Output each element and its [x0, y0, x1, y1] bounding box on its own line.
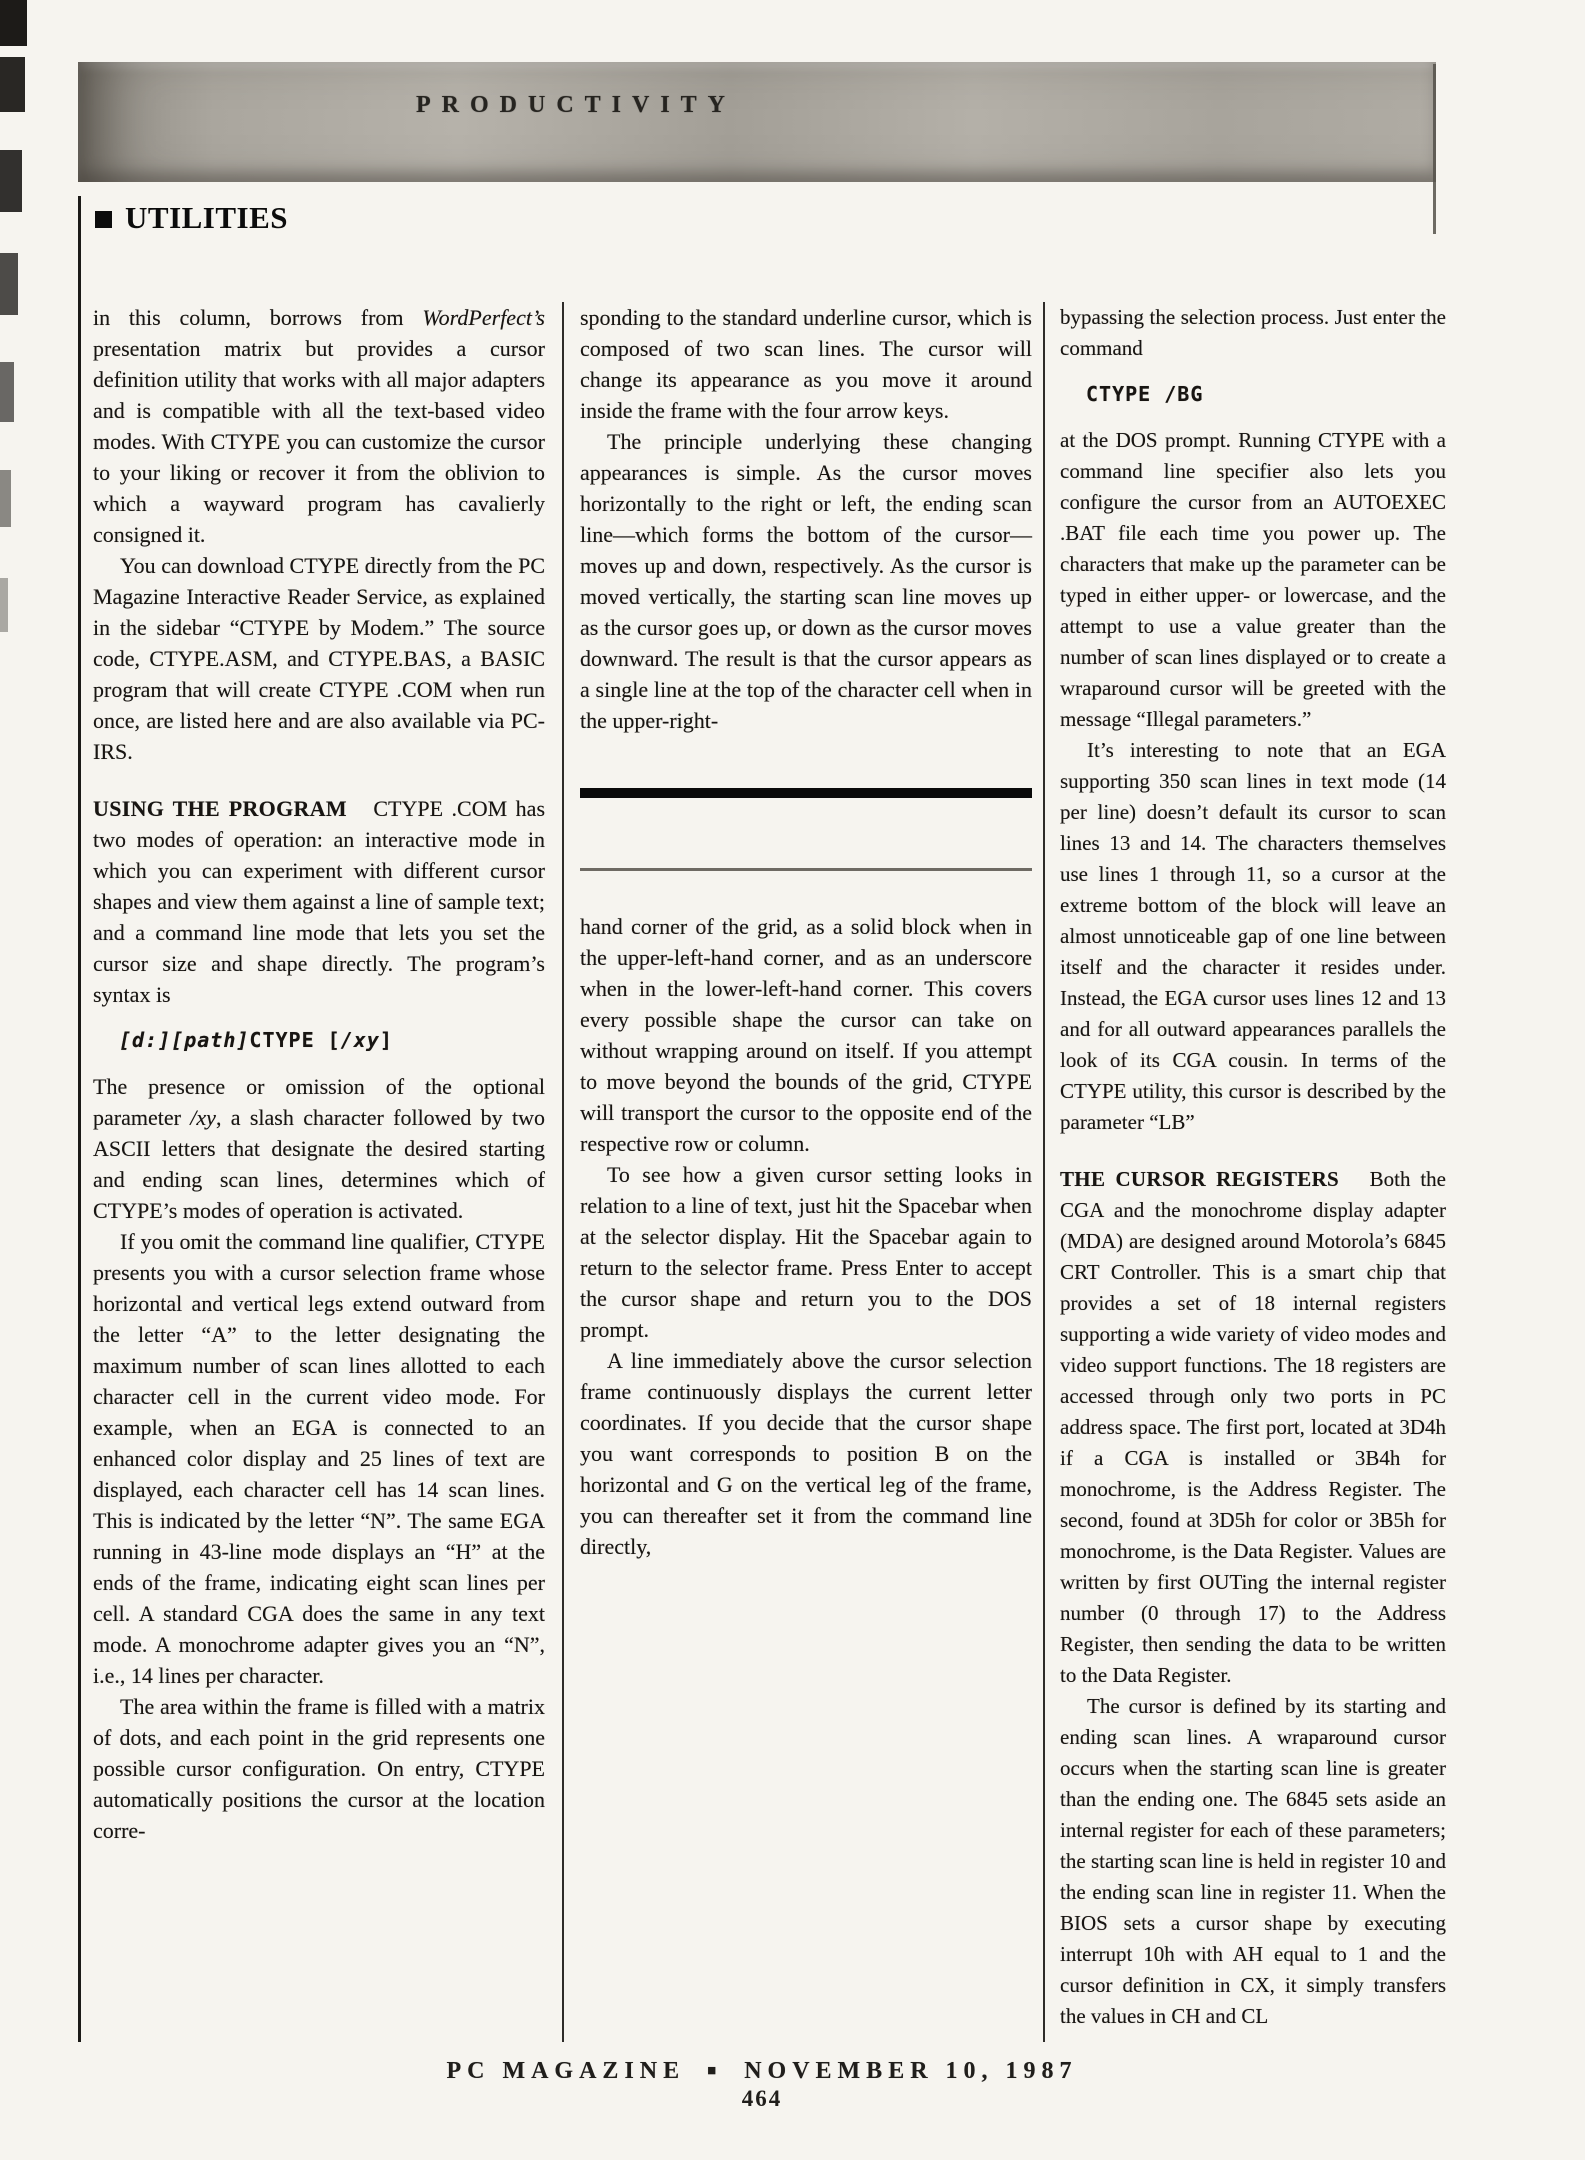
text-run: THE CURSOR REGISTERS [1060, 1167, 1370, 1191]
paragraph: The presence or omission of the optional… [93, 1071, 545, 1226]
text-run: CTYPE /BG [1086, 382, 1203, 406]
text-run: It’s interesting to note that an EGA sup… [1060, 738, 1446, 1134]
footer-date: NOVEMBER 10, 1987 [744, 2058, 1077, 2084]
page-footer: PC MAGAZINE ■ NOVEMBER 10, 1987 464 [78, 2058, 1446, 2112]
text-run: CTYPE .COM has two modes of operation: a… [93, 796, 545, 1007]
text-run: /xy [190, 1105, 216, 1130]
paragraph: If you omit the command line qualifier, … [93, 1226, 545, 1691]
paragraph: It’s interesting to note that an EGA sup… [1060, 735, 1446, 1138]
paragraph: hand corner of the grid, as a solid bloc… [580, 911, 1032, 1159]
code-line: CTYPE /BG [1086, 379, 1446, 410]
article-column-right: bypassing the selection process. Just en… [1060, 302, 1446, 2032]
text-run: in this column, borrows from [93, 305, 422, 330]
page-left-rule [78, 196, 81, 2042]
square-bullet-icon [95, 211, 112, 228]
text-run: CTYPE [ [249, 1028, 340, 1052]
text-run: /xy [341, 1028, 380, 1052]
scan-artifact [0, 470, 11, 527]
section-title: UTILITIES [125, 200, 288, 236]
column-divider-rule [1043, 302, 1045, 2042]
paragraph: To see how a given cursor setting looks … [580, 1159, 1032, 1345]
header-banner: PRODUCTIVITY [78, 62, 1436, 182]
page-number: 464 [78, 2086, 1446, 2112]
paragraph: The area within the frame is filled with… [93, 1691, 545, 1846]
scan-artifact [0, 253, 18, 315]
paragraph: The cursor is defined by its starting an… [1060, 1691, 1446, 2032]
paragraph: The principle underlying these changing … [580, 426, 1032, 736]
article-column-left: in this column, borrows from WordPerfect… [93, 302, 545, 1846]
paragraph: You can download CTYPE directly from the… [93, 550, 545, 767]
square-bullet-icon: ■ [707, 2063, 722, 2079]
text-run: You can download CTYPE directly from the… [93, 553, 545, 764]
text-run: If you omit the command line qualifier, … [93, 1229, 545, 1688]
magazine-page-scan: PRODUCTIVITY UTILITIES in this column, b… [0, 0, 1585, 2160]
scan-artifact [1433, 64, 1436, 234]
text-run: sponding to the standard underline curso… [580, 305, 1032, 423]
text-run: Both the CGA and the monochrome display … [1060, 1167, 1446, 1687]
footer-magazine: PC MAGAZINE [446, 2058, 685, 2084]
column-divider-rule [562, 302, 564, 2042]
running-head: PRODUCTIVITY [416, 92, 736, 119]
text-run: The cursor is defined by its starting an… [1060, 1694, 1446, 2028]
text-run: bypassing the selection process. Just en… [1060, 305, 1446, 360]
paragraph: THE CURSOR REGISTERS Both the CGA and th… [1060, 1164, 1446, 1691]
code-line: [d:][path]CTYPE [/xy] [119, 1025, 545, 1056]
scan-artifact [0, 150, 22, 212]
footer-folio: PC MAGAZINE ■ NOVEMBER 10, 1987 [78, 2058, 1446, 2085]
paragraph: at the DOS prompt. Running CTYPE with a … [1060, 425, 1446, 735]
scan-artifact [0, 0, 27, 46]
paragraph: sponding to the standard underline curso… [580, 302, 1032, 426]
pull-quote [580, 788, 1032, 871]
text-run: USING THE PROGRAM [93, 796, 373, 821]
paragraph: USING THE PROGRAM CTYPE .COM has two mod… [93, 793, 545, 1010]
text-run: ] [380, 1028, 393, 1052]
paragraph: bypassing the selection process. Just en… [1060, 302, 1446, 364]
text-run: presentation matrix but provides a curso… [93, 336, 545, 547]
text-run: WordPerfect’s [422, 305, 545, 330]
paragraph: A line immediately above the cursor sele… [580, 1345, 1032, 1562]
text-run: The area within the frame is filled with… [93, 1694, 545, 1843]
text-run: The principle underlying these changing … [580, 429, 1032, 733]
scan-artifact [0, 362, 14, 422]
text-run: To see how a given cursor setting looks … [580, 1162, 1032, 1342]
text-run: at the DOS prompt. Running CTYPE with a … [1060, 428, 1446, 731]
section-heading: UTILITIES [95, 200, 288, 236]
text-run: hand corner of the grid, as a solid bloc… [580, 914, 1032, 1156]
text-run: A line immediately above the cursor sele… [580, 1348, 1032, 1559]
article-column-middle: sponding to the standard underline curso… [580, 302, 1032, 1562]
scan-artifact [0, 57, 25, 112]
paragraph: in this column, borrows from WordPerfect… [93, 302, 545, 550]
scan-artifact [0, 578, 8, 632]
text-run: [d:][path] [119, 1028, 249, 1052]
